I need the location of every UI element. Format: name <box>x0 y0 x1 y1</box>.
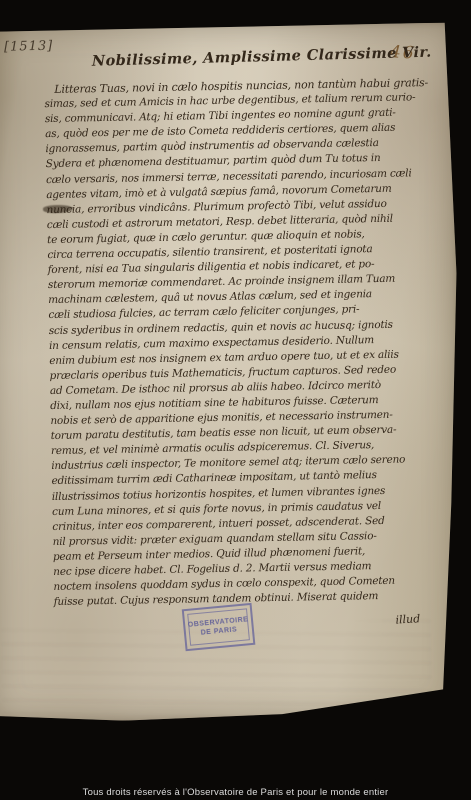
catchword: illud <box>395 612 420 626</box>
digitized-manuscript-photo: [1513] 46 Nobilissime, Amplissime Claris… <box>0 0 471 800</box>
observatoire-stamp: OBSERVATOIRE DE PARIS <box>182 603 256 651</box>
letter-body: Litteras Tuas, novi in cælo hospitis nun… <box>44 75 460 611</box>
salutation-line: Nobilissime, Amplissime Clarissime Vir. <box>92 44 432 70</box>
copyright-notice: Tous droits réservés à l'Observatoire de… <box>0 787 471 798</box>
archival-number: [1513] <box>4 39 54 55</box>
observatoire-stamp-border: OBSERVATOIRE DE PARIS <box>187 608 250 645</box>
stamp-text-line2: DE PARIS <box>200 625 237 637</box>
manuscript-page: [1513] 46 Nobilissime, Amplissime Claris… <box>0 23 460 722</box>
